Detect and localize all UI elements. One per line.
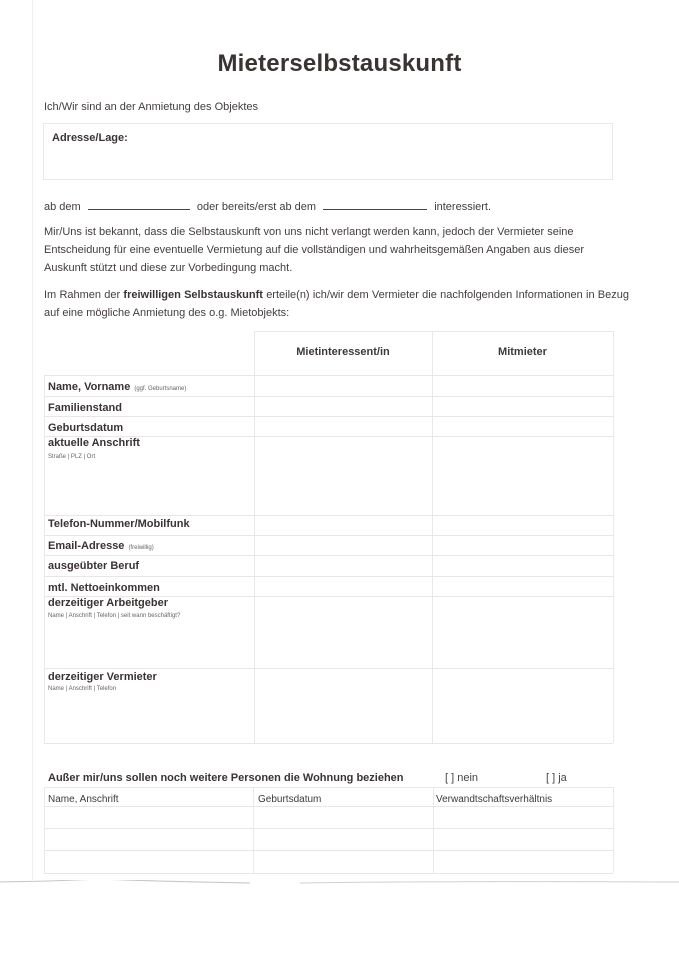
row-label-text: derzeitiger Arbeitgeber — [48, 597, 168, 609]
date-from-field[interactable] — [88, 199, 190, 210]
person-input-cell[interactable] — [434, 851, 612, 872]
cotenant-input-cell[interactable] — [433, 556, 612, 575]
date-line: ab dem oder bereits/erst ab dem interess… — [44, 198, 491, 216]
person-input-cell[interactable] — [45, 829, 252, 849]
row-label: Telefon-Nummer/Mobilfunk — [48, 518, 190, 530]
person-input-cell[interactable] — [434, 829, 612, 849]
table-rule — [44, 743, 613, 744]
additional-persons-question: Außer mir/uns sollen noch weitere Person… — [48, 772, 404, 784]
applicant-input-cell[interactable] — [255, 556, 431, 575]
row-label-text: aktuelle Anschrift — [48, 437, 140, 449]
consent-text-bold: freiwilligen Selbstauskunft — [123, 289, 263, 301]
row-label: ausgeübter Beruf — [48, 560, 139, 572]
address-field[interactable]: Adresse/Lage: — [43, 123, 613, 180]
intro-text: Ich/Wir sind an der Anmietung des Objekt… — [44, 98, 258, 116]
row-label: Familienstand — [48, 402, 122, 414]
applicant-input-cell[interactable] — [255, 397, 431, 415]
date-middle: oder bereits/erst ab dem — [197, 201, 316, 213]
row-hint: Name | Anschrift | Telefon — [48, 686, 116, 692]
person-input-cell[interactable] — [45, 851, 252, 872]
row-label: Name, Vorname(ggf. Geburtsname) — [48, 381, 186, 393]
option-no-checkbox[interactable]: [ ] nein — [445, 772, 478, 784]
column-header-applicant: Mietinteressent/in — [254, 346, 432, 358]
cotenant-input-cell[interactable] — [433, 577, 612, 595]
person-input-cell[interactable] — [254, 807, 432, 827]
option-yes-checkbox[interactable]: [ ] ja — [546, 772, 567, 784]
address-label: Adresse/Lage: — [52, 132, 128, 144]
person-input-cell[interactable] — [434, 807, 612, 827]
page-edge — [32, 0, 33, 880]
applicant-input-cell[interactable] — [255, 376, 431, 395]
row-label-note: (ggf. Geburtsname) — [134, 386, 186, 392]
column-header: Geburtsdatum — [258, 794, 321, 805]
row-label: aktuelle Anschrift — [48, 437, 140, 449]
person-input-cell[interactable] — [254, 829, 432, 849]
column-header-cotenant: Mitmieter — [432, 346, 613, 358]
cotenant-input-cell[interactable] — [433, 437, 612, 514]
row-label-text: mtl. Nettoeinkommen — [48, 582, 160, 594]
applicant-input-cell[interactable] — [255, 669, 431, 742]
row-label: derzeitiger Vermieter — [48, 671, 157, 683]
table-rule — [44, 873, 613, 874]
table-rule — [44, 787, 613, 788]
consent-text-before: Im Rahmen der — [44, 289, 123, 301]
row-label-text: Telefon-Nummer/Mobilfunk — [48, 518, 190, 530]
row-label-note: (freiwillig) — [128, 545, 153, 551]
page-bottom-edge — [0, 880, 679, 884]
row-hint: Name | Anschrift | Telefon | seit wann b… — [48, 613, 180, 619]
row-label-text: ausgeübter Beruf — [48, 560, 139, 572]
cotenant-input-cell[interactable] — [433, 417, 612, 435]
cotenant-input-cell[interactable] — [433, 536, 612, 554]
row-label: Geburtsdatum — [48, 422, 123, 434]
applicant-input-cell[interactable] — [255, 536, 431, 554]
row-label: Email-Adresse(freiwillig) — [48, 540, 154, 552]
cotenant-input-cell[interactable] — [433, 669, 612, 742]
row-label-text: Familienstand — [48, 402, 122, 414]
consent-paragraph: Im Rahmen der freiwilligen Selbstauskunf… — [44, 286, 629, 322]
row-label: mtl. Nettoeinkommen — [48, 582, 160, 594]
row-label-text: derzeitiger Vermieter — [48, 671, 157, 683]
applicant-input-cell[interactable] — [255, 417, 431, 435]
cotenant-input-cell[interactable] — [433, 516, 612, 534]
applicant-input-cell[interactable] — [255, 577, 431, 595]
table-rule — [44, 375, 45, 743]
disclaimer-paragraph: Mir/Uns ist bekannt, dass die Selbstausk… — [44, 223, 614, 277]
cotenant-input-cell[interactable] — [433, 597, 612, 667]
applicant-input-cell[interactable] — [255, 597, 431, 667]
cotenant-input-cell[interactable] — [433, 397, 612, 415]
page-title: Mieterselbstauskunft — [0, 50, 679, 78]
row-label-text: Email-Adresse — [48, 540, 124, 552]
applicant-input-cell[interactable] — [255, 437, 431, 514]
cotenant-input-cell[interactable] — [433, 376, 612, 395]
column-header: Verwandtschaftsverhältnis — [436, 794, 552, 805]
date-suffix: interessiert. — [434, 201, 491, 213]
row-label-text: Geburtsdatum — [48, 422, 123, 434]
person-input-cell[interactable] — [45, 807, 252, 827]
column-header: Name, Anschrift — [48, 794, 119, 805]
row-label-text: Name, Vorname — [48, 381, 130, 393]
table-rule — [254, 331, 613, 332]
row-label: derzeitiger Arbeitgeber — [48, 597, 168, 609]
row-hint: Straße | PLZ | Ort — [48, 454, 95, 460]
table-rule — [613, 331, 614, 743]
date-prefix: ab dem — [44, 201, 81, 213]
date-alt-field[interactable] — [323, 199, 427, 210]
applicant-input-cell[interactable] — [255, 516, 431, 534]
person-input-cell[interactable] — [254, 851, 432, 872]
table-rule — [613, 787, 614, 873]
